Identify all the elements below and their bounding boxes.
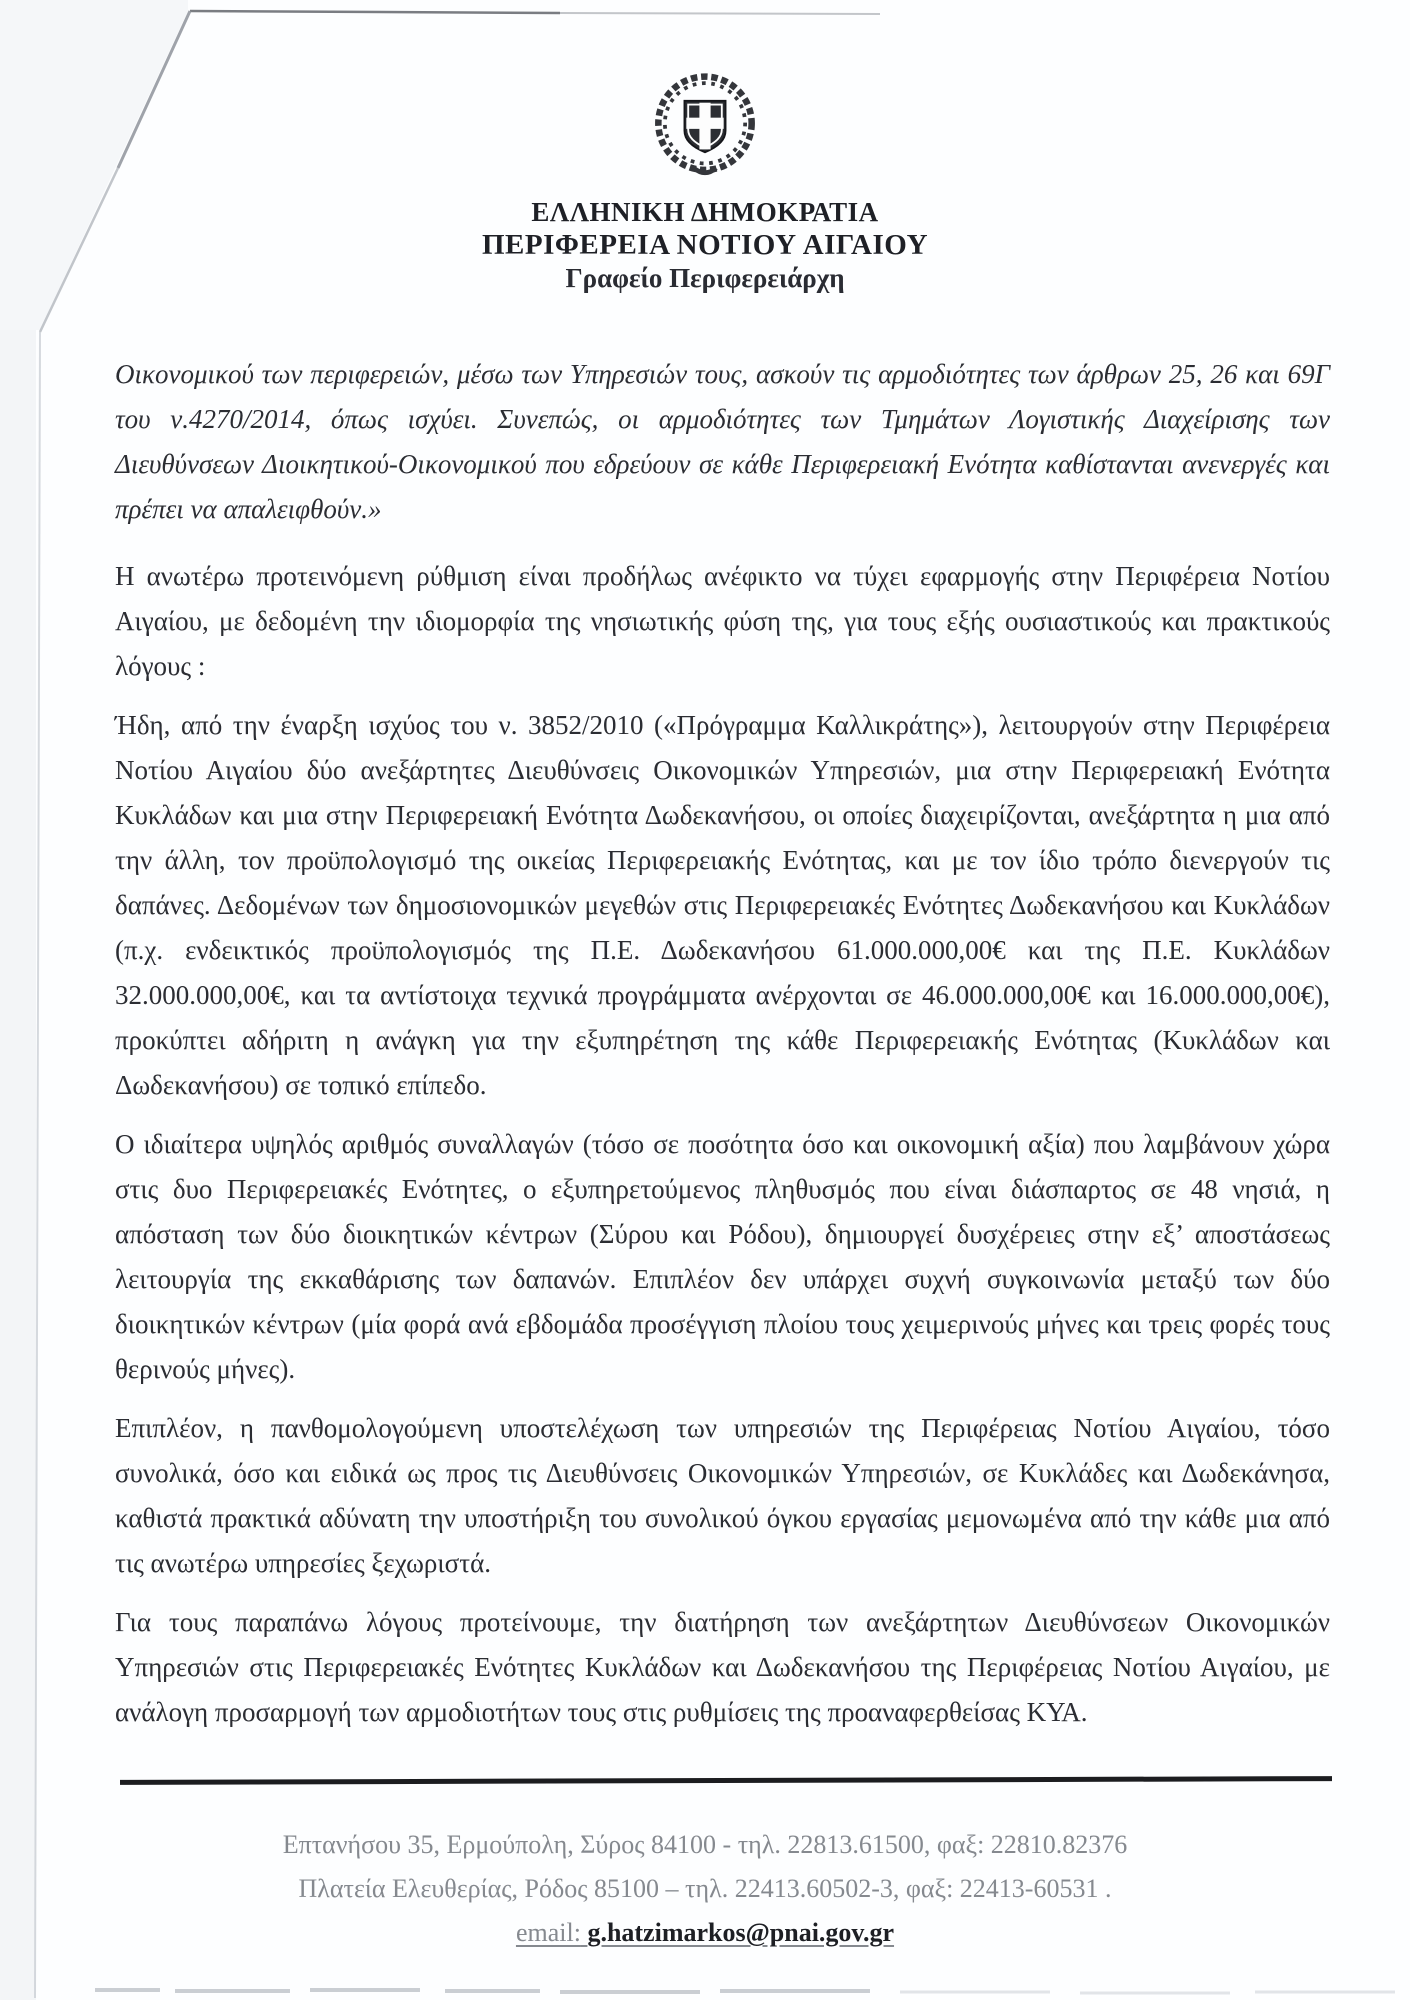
footer-address-line-2: Πλατεία Ελευθερίας, Ρόδος 85100 – τηλ. 2… <box>0 1867 1410 1911</box>
scanner-background-edge <box>0 0 36 2000</box>
footer-address-line-1: Επτανήσου 35, Ερμούπολη, Σύρος 84100 - τ… <box>0 1823 1410 1867</box>
email-label: email: <box>516 1918 581 1947</box>
body-paragraph-distance: Ο ιδιαίτερα υψηλός αριθμός συναλλαγών (τ… <box>115 1122 1330 1392</box>
letterhead: ΕΛΛΗΝΙΚΗ ΔΗΜΟΚΡΑΤΙΑ ΠΕΡΙΦΕΡΕΙΑ ΝΟΤΙΟΥ ΑΙ… <box>0 68 1410 295</box>
header-office: Γραφείο Περιφερειάρχη <box>0 262 1410 295</box>
body-paragraph-intro: Η ανωτέρω προτεινόμενη ρύθμιση είναι προ… <box>115 554 1330 689</box>
letter-body: Οικονομικού των περιφερειών, μέσω των Υπ… <box>115 352 1330 1749</box>
letter-footer: Επτανήσου 35, Ερμούπολη, Σύρος 84100 - τ… <box>0 1778 1410 1955</box>
greek-coat-of-arms-icon <box>649 68 761 186</box>
body-paragraph-staffing: Επιπλέον, η πανθομολογούμενη υποστελέχωσ… <box>115 1406 1330 1586</box>
scanned-letter-page: ΕΛΛΗΝΙΚΗ ΔΗΜΟΚΡΑΤΙΑ ΠΕΡΙΦΕΡΕΙΑ ΝΟΤΙΟΥ ΑΙ… <box>0 0 1410 2000</box>
body-paragraph-kallikratis: Ήδη, από την έναρξη ισχύος του ν. 3852/2… <box>115 703 1330 1108</box>
body-paragraph-quote: Οικονομικού των περιφερειών, μέσω των Υπ… <box>115 352 1330 532</box>
footer-email-line: email: g.hatzimarkos@pnai.gov.gr <box>0 1911 1410 1955</box>
header-country: ΕΛΛΗΝΙΚΗ ΔΗΜΟΚΡΑΤΙΑ <box>0 196 1410 228</box>
footer-divider <box>120 1776 1332 1785</box>
header-region: ΠΕΡΙΦΕΡΕΙΑ ΝΟΤΙΟΥ ΑΙΓΑΙΟΥ <box>0 228 1410 262</box>
email-address: g.hatzimarkos@pnai.gov.gr <box>587 1918 894 1947</box>
body-paragraph-proposal: Για τους παραπάνω λόγους προτείνουμε, τη… <box>115 1600 1330 1735</box>
